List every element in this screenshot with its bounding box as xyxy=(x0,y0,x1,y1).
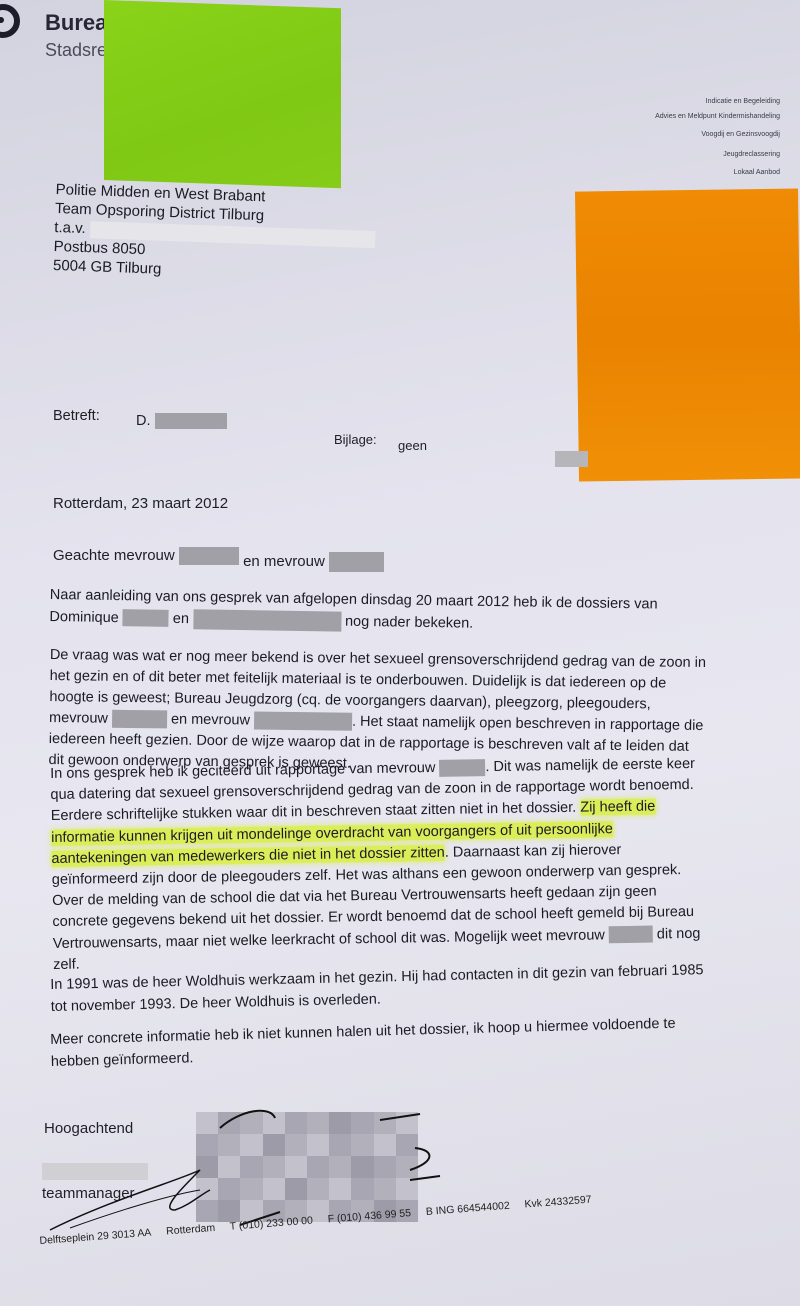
redaction xyxy=(439,759,485,777)
redaction xyxy=(112,710,167,729)
subject-initial: D. xyxy=(136,413,151,429)
subject-value: D. xyxy=(136,413,227,429)
redaction xyxy=(123,609,169,627)
paragraph-5: Meer concrete informatie heb ik niet kun… xyxy=(50,1011,791,1073)
orange-sticky-note xyxy=(575,188,800,481)
signature-icon xyxy=(40,1100,480,1270)
tav-label: t.a.v. xyxy=(54,219,86,237)
salutation: Geachte mevrouw en mevrouw xyxy=(53,546,384,566)
text-fragment: . Dit was namelijk de eerste keer xyxy=(485,756,695,775)
redaction xyxy=(179,547,239,565)
redaction xyxy=(329,552,384,572)
text-fragment: en xyxy=(173,610,189,626)
department-5: Lokaal Aanbod xyxy=(734,169,780,176)
footer-kvk: Kvk 24332597 xyxy=(524,1194,592,1211)
brand-name: Burea xyxy=(45,10,107,36)
highlighted-text: aantekeningen van medewerkers die niet i… xyxy=(51,845,445,867)
text-fragment: Dominique xyxy=(49,608,119,625)
letter-page: Burea Stadsreg Indicatie en Begeleiding … xyxy=(0,0,800,1306)
redaction xyxy=(609,926,653,944)
attachment-label: Bijlage: xyxy=(334,432,377,447)
redaction xyxy=(254,712,352,731)
paragraph-3: In ons gesprek heb ik geciteerd uit rapp… xyxy=(50,752,793,976)
redaction xyxy=(555,451,588,467)
department-2: Advies en Meldpunt Kindermishandeling xyxy=(655,113,780,120)
recipient-address: Politie Midden en West Brabant Team Opsp… xyxy=(53,180,377,286)
salutation-part-1: Geachte mevrouw xyxy=(53,547,175,564)
salutation-part-2: en mevrouw xyxy=(243,553,325,570)
green-sticky-note xyxy=(104,0,341,188)
text-fragment: . Het staat namelijk open beschreven in … xyxy=(352,714,704,734)
text-fragment: dit nog xyxy=(657,925,701,942)
text-fragment: . Daarnaast kan zij hierover xyxy=(445,842,622,861)
highlighted-text: Zij heeft die xyxy=(580,799,655,816)
text-fragment: In ons gesprek heb ik geciteerd uit rapp… xyxy=(50,760,435,782)
text-fragment: mevrouw xyxy=(49,710,108,727)
redaction xyxy=(193,609,341,631)
department-3: Voogdij en Gezinsvoogdij xyxy=(701,131,780,138)
text-fragment: en mevrouw xyxy=(171,711,250,728)
subject-label: Betreft: xyxy=(53,408,100,424)
attachment-value: geen xyxy=(398,438,427,453)
place-date: Rotterdam, 23 maart 2012 xyxy=(53,495,228,512)
redaction xyxy=(155,413,227,429)
text-fragment: nog nader bekeken. xyxy=(345,613,473,631)
paragraph-1: Naar aanleiding van ons gesprek van afge… xyxy=(49,585,790,640)
department-1: Indicatie en Begeleiding xyxy=(706,98,780,105)
department-4: Jeugdreclassering xyxy=(723,151,780,158)
